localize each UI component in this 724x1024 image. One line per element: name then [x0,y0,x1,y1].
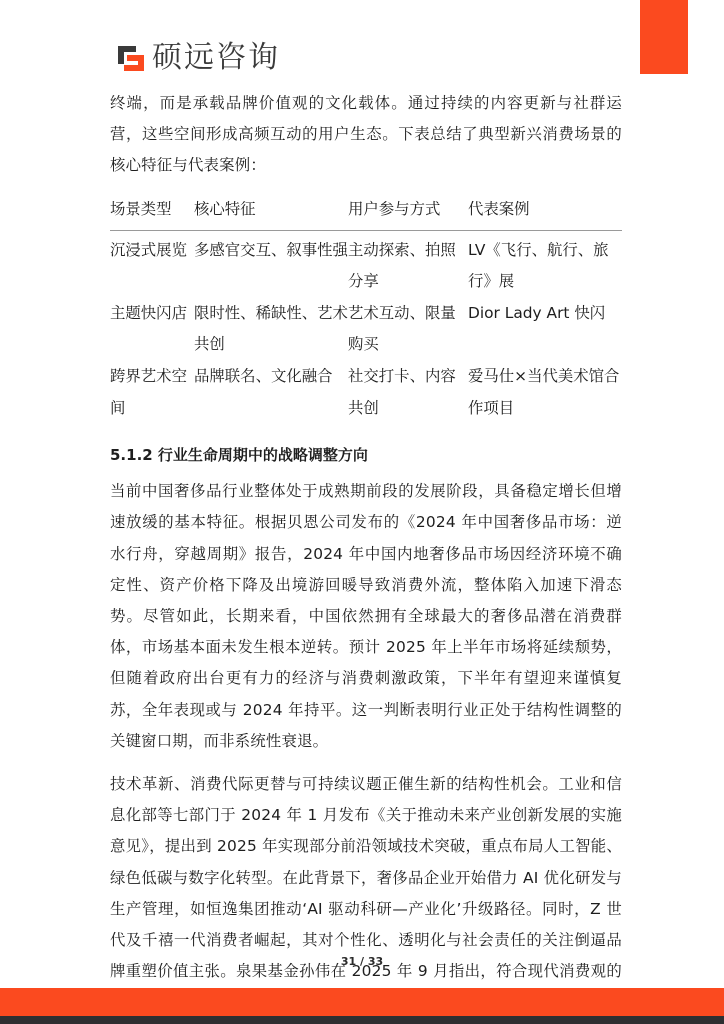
brand-logo: 硕远咨询 [116,40,280,76]
table-cell: 爱马仕×当代美术馆合作项目 [468,361,622,424]
logo-mark-icon [116,43,146,73]
column-header: 用户参与方式 [348,192,468,231]
column-header: 场景类型 [110,192,194,231]
section-heading: 5.1.2 行业生命周期中的战略调整方向 [110,442,622,468]
corner-accent-block [640,0,688,74]
table-cell: 沉浸式展览 [110,230,194,298]
table-cell: LV《飞行、航行、旅行》展 [468,230,622,298]
page-indicator: 31 / 33 [0,955,724,968]
table-header-row: 场景类型 核心特征 用户参与方式 代表案例 [110,192,622,231]
table-cell: 主题快闪店 [110,298,194,361]
document-body: 终端，而是承载品牌价值观的文化载体。通过持续的内容更新与社群运营，这些空间形成高… [110,88,622,1019]
footer-dark-strip [0,1016,724,1024]
body-paragraph: 技术革新、消费代际更替与可持续议题正催生新的结构性机会。工业和信息化部等七部门于… [110,769,622,1019]
table-cell: 多感官交互、叙事性强 [194,230,348,298]
column-header: 核心特征 [194,192,348,231]
footer-accent-band [0,988,724,1016]
intro-paragraph: 终端，而是承载品牌价值观的文化载体。通过持续的内容更新与社群运营，这些空间形成高… [110,88,622,182]
table-row: 沉浸式展览 多感官交互、叙事性强 主动探索、拍照分享 LV《飞行、航行、旅行》展 [110,230,622,298]
paragraph-spacer [110,757,622,769]
table-cell: 艺术互动、限量购买 [348,298,468,361]
table-cell: 限时性、稀缺性、艺术共创 [194,298,348,361]
scenario-table: 场景类型 核心特征 用户参与方式 代表案例 沉浸式展览 多感官交互、叙事性强 主… [110,192,622,425]
table-cell: 社交打卡、内容共创 [348,361,468,424]
table-cell: 跨界艺术空间 [110,361,194,424]
table-row: 主题快闪店 限时性、稀缺性、艺术共创 艺术互动、限量购买 Dior Lady A… [110,298,622,361]
column-header: 代表案例 [468,192,622,231]
brand-name: 硕远咨询 [152,40,280,76]
table-cell: Dior Lady Art 快闪 [468,298,622,361]
table-cell: 品牌联名、文化融合 [194,361,348,424]
table-row: 跨界艺术空间 品牌联名、文化融合 社交打卡、内容共创 爱马仕×当代美术馆合作项目 [110,361,622,424]
table-cell: 主动探索、拍照分享 [348,230,468,298]
body-paragraph: 当前中国奢侈品行业整体处于成熟期前段的发展阶段，具备稳定增长但增速放缓的基本特征… [110,476,622,757]
